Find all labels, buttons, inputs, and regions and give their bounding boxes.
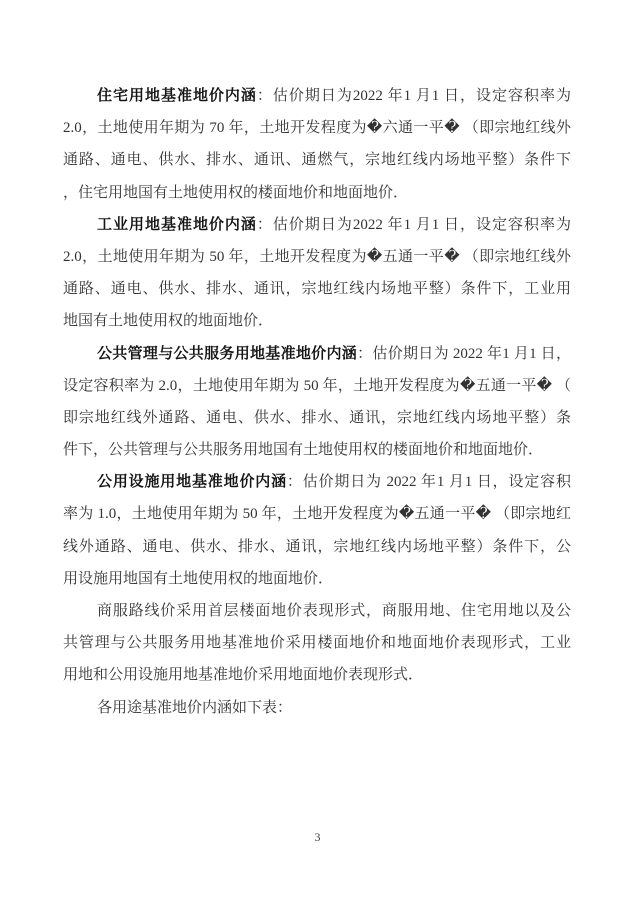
paragraph-table-intro: 各用途基准地价内涵如下表：	[63, 692, 571, 724]
document-page: 住宅用地基准地价内涵：估价期日为2022 年1 月1 日，设定容积率为 2.0，…	[0, 0, 635, 898]
text-line: 用地和公用设施用地基准地价采用地面地价表现形式．	[63, 659, 571, 691]
text-line: 通路、通电、供水、排水、通讯，宗地红线内场地平整）条件下，工业用	[63, 273, 571, 305]
paragraph-price-expression-forms: 商服路线价采用首层楼面地价表现形式，商服用地、住宅用地以及公 共管理与公共服务用…	[63, 595, 571, 692]
text-line: 设定容积率为 2.0，土地使用年期为 50 年，土地开发程度为�五通一平� （	[63, 370, 571, 402]
text-line: 地国有土地使用权的地面地价．	[63, 305, 571, 337]
text-line: 通路、通电、供水、排水、通讯、通燃气，宗地红线内场地平整）条件下	[63, 144, 571, 176]
paragraph-text: ：估价期日为 2022 年1 月1 日，设定容积	[287, 474, 571, 490]
text-line: 工业用地基准地价内涵：估价期日为2022 年1 月1 日，设定容积率为	[63, 209, 571, 241]
paragraph-heading: 住宅用地基准地价内涵	[97, 88, 257, 104]
text-line: 2.0，土地使用年期为 70 年，土地开发程度为�六通一平� （即宗地红线外	[63, 112, 571, 144]
text-line: 各用途基准地价内涵如下表：	[63, 692, 571, 724]
text-line: 2.0，土地使用年期为 50 年，土地开发程度为�五通一平� （即宗地红线外	[63, 241, 571, 273]
text-line: 共管理与公共服务用地基准地价采用楼面地价和地面地价表现形式，工业	[63, 627, 571, 659]
paragraph-text: ：估价期日为2022 年1 月1 日，设定容积率为	[257, 217, 571, 233]
text-line: 商服路线价采用首层楼面地价表现形式，商服用地、住宅用地以及公	[63, 595, 571, 627]
paragraph-heading: 工业用地基准地价内涵	[97, 217, 257, 233]
text-line: 件下，公共管理与公共服务用地国有土地使用权的楼面地价和地面地价．	[63, 434, 571, 466]
paragraph-heading: 公用设施用地基准地价内涵	[97, 474, 287, 490]
paragraph-text: ：估价期日为2022 年1 月1 日，设定容积率为	[257, 88, 571, 104]
text-line: 率为 1.0，土地使用年期为 50 年，土地开发程度为�五通一平� （即宗地红	[63, 498, 571, 530]
text-line: 公用设施用地基准地价内涵：估价期日为 2022 年1 月1 日，设定容积	[63, 466, 571, 498]
paragraph-industrial-land: 工业用地基准地价内涵：估价期日为2022 年1 月1 日，设定容积率为 2.0，…	[63, 209, 571, 338]
text-line: 公共管理与公共服务用地基准地价内涵：估价期日为 2022 年1 月1 日，	[63, 338, 571, 370]
page-number: 3	[0, 830, 635, 845]
text-line: ，住宅用地国有土地使用权的楼面地价和地面地价．	[63, 177, 571, 209]
document-content: 住宅用地基准地价内涵：估价期日为2022 年1 月1 日，设定容积率为 2.0，…	[63, 80, 571, 724]
text-line: 用设施用地国有土地使用权的地面地价．	[63, 563, 571, 595]
text-line: 住宅用地基准地价内涵：估价期日为2022 年1 月1 日，设定容积率为	[63, 80, 571, 112]
paragraph-residential-land: 住宅用地基准地价内涵：估价期日为2022 年1 月1 日，设定容积率为 2.0，…	[63, 80, 571, 209]
paragraph-public-service-land: 公共管理与公共服务用地基准地价内涵：估价期日为 2022 年1 月1 日， 设定…	[63, 338, 571, 467]
text-line: 即宗地红线外通路、通电、供水、排水、通讯，宗地红线内场地平整）条	[63, 402, 571, 434]
paragraph-public-utility-land: 公用设施用地基准地价内涵：估价期日为 2022 年1 月1 日，设定容积 率为 …	[63, 466, 571, 595]
paragraph-heading: 公共管理与公共服务用地基准地价内涵	[97, 346, 357, 362]
paragraph-text: ：估价期日为 2022 年1 月1 日，	[357, 346, 571, 362]
text-line: 线外通路、通电、供水、排水、通讯，宗地红线内场地平整）条件下，公	[63, 531, 571, 563]
